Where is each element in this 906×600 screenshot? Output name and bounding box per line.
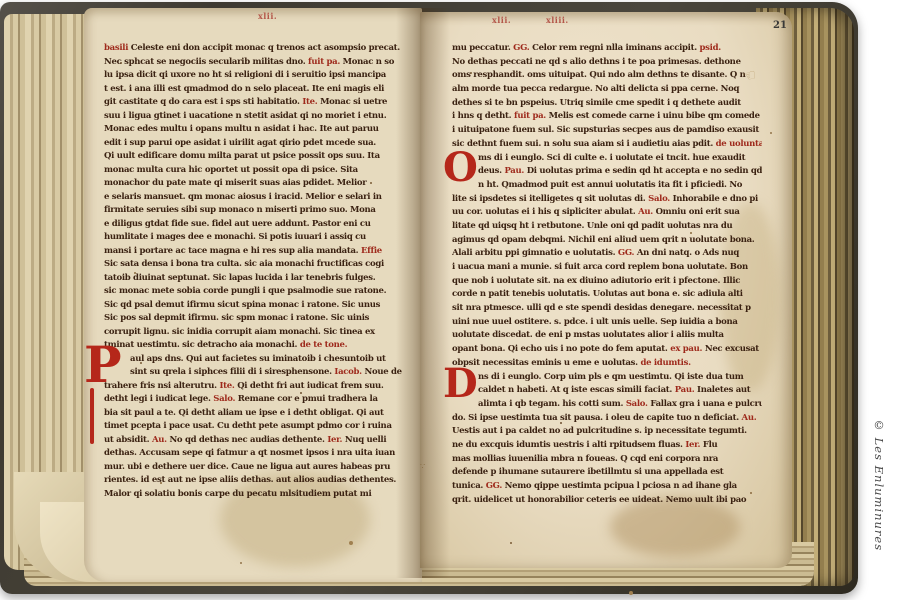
body-text: Di uolutas prima e sedin qd ht accepta e… — [527, 166, 762, 176]
rubric-text: Iacob. — [334, 367, 364, 377]
text-line: Alali arbitu ppi gimnatio e uolutatis. G… — [452, 247, 762, 261]
body-text: alm morde tua pecca redargue. No alti de… — [452, 84, 739, 94]
text-line: detht legi i iudicat lege. Salo. Remane … — [104, 393, 408, 407]
text-line: e diligus gtdat fide sue. fidel aut uere… — [104, 218, 408, 232]
text-line: deus. Pau. Di uolutas prima e sedin qd h… — [452, 165, 762, 179]
text-line: monachor du pate mate qi miserit suas ai… — [104, 177, 408, 191]
body-text: aul aps dns. Qui aut facietes su iminato… — [130, 354, 386, 364]
body-text: lite si ipsdetes si itelligetes q sit uo… — [452, 194, 648, 204]
text-line: Malor qi solatiu bonis carpe du pecatu m… — [104, 488, 408, 502]
body-text: uini nue uuel ostitere. s. pdce. i ult u… — [452, 317, 738, 327]
text-line: caldet n habeti. At q iste escas simili … — [452, 384, 762, 398]
text-line: dethas. Accusam sepe qi fatmur a qt nosm… — [104, 447, 408, 461]
body-text: e diligus gtdat fide sue. fidel aut uere… — [104, 219, 371, 229]
folio-number-left: xlii. — [258, 11, 277, 21]
text-line: uu cor. uolutas ei i his q sipliciter ab… — [452, 206, 762, 220]
text-line: uolutate discedat. de eni p mstas uoluta… — [452, 329, 762, 343]
body-text: i uacua mani a munie. si fuit arca cord … — [452, 262, 748, 272]
photo-credit: © Les Enluminures — [872, 418, 886, 594]
text-line: Nec sphcat se negociis secularib militas… — [104, 56, 408, 70]
text-line: sint su qrela i siphces filii di i sires… — [104, 366, 408, 380]
text-line: humlitate i mages dee e monachi. Si poti… — [104, 231, 408, 245]
body-text: dethas. Accusam sepe qi fatmur a qt nosm… — [104, 448, 395, 458]
rubric-text: Salo. — [648, 194, 673, 204]
text-line: Qi uult edificare domu milta parat ut ps… — [104, 150, 408, 164]
text-line: mur. ubi e dethere uer dice. Caue ne lig… — [104, 461, 408, 475]
body-text: tminat uestimtu. sic detracho aia monach… — [104, 340, 300, 350]
body-text: edit i sup parui ope asidat i uirilit ag… — [104, 138, 376, 148]
rubric-text: GG. — [618, 248, 637, 258]
body-text: i uituipatone fuem sul. Sic supsturias s… — [452, 125, 759, 135]
text-line: alimta i qb tegam. his cotti sum. Salo. … — [452, 398, 762, 412]
body-text: i hns q detht. — [452, 111, 514, 121]
body-text: obpsit necessitas eminis u eme e uolutas… — [452, 358, 640, 368]
body-text: sint su qrela i siphces filii di i sires… — [130, 367, 334, 377]
text-line: ut absidit. Au. No qd dethas nec audias … — [104, 434, 408, 448]
page-number: 21 — [773, 20, 787, 31]
body-text: ut absidit. — [104, 435, 152, 445]
rubric-text: fuit pa. — [308, 57, 343, 67]
body-text: lu ipsa dicit qi uxore no ht si religion… — [104, 70, 386, 80]
body-text: deus. — [478, 166, 504, 176]
body-text: tatoib diuinat septunat. Sic lapas lucid… — [104, 273, 375, 283]
text-line: lu ipsa dicit qi uxore no ht si religion… — [104, 69, 408, 83]
body-text: Malor qi solatiu bonis carpe du pecatu m… — [104, 489, 371, 499]
initial-descender — [90, 388, 94, 444]
body-text: ms di i eunglo. Sci di culte e. i uoluta… — [478, 153, 745, 163]
text-line: Sic qd psal demut ifirmu sicut spina mon… — [104, 299, 408, 313]
text-line: ms di i eunglo. Sci di culte e. i uoluta… — [452, 152, 762, 166]
rubric-text: de te tone. — [300, 340, 347, 350]
body-text: humlitate i mages dee e monachi. Si poti… — [104, 232, 366, 242]
rubric-text: Salo. — [626, 399, 651, 409]
text-line: ns di i eunglo. Corp uim pls e qm uestim… — [452, 371, 762, 385]
text-line: i uituipatone fuem sul. Sic supsturias s… — [452, 124, 762, 138]
body-text: Uestis aut i pa caldet no ad pulcritudin… — [452, 426, 747, 436]
text-line: sit nra ptmesce. ulli qd e ste spendi de… — [452, 302, 762, 316]
gutter-quire-mark: ∵ — [420, 462, 425, 471]
text-line: defende p ihumane sutaurere ibetillmtu s… — [452, 466, 762, 480]
body-text: Qi detht fri aut iudicat frem suu. — [237, 381, 383, 391]
body-text: alimta i qb tegam. his cotti sum. — [478, 399, 626, 409]
body-text: bia sit paul a te. Qi detht aliam ue ips… — [104, 408, 384, 418]
rubric-text: GG. — [486, 481, 505, 491]
text-line: ne du excquis idumtis uestris i alti rpi… — [452, 439, 762, 453]
body-text: litate qd uiqsq ht i retbutone. Unle oni… — [452, 221, 732, 231]
text-line: trahere fris nsi alterutru. Ite. Qi deth… — [104, 380, 408, 394]
text-line: No dethas peccati ne qd s alio dethns i … — [452, 56, 762, 70]
rubric-text: de uoluntatib — [716, 139, 762, 149]
text-line: opant bona. Qi echo uis i no pote do fem… — [452, 343, 762, 357]
text-line: i hns q detht. fuit pa. Melis est comede… — [452, 110, 762, 124]
body-text: No dethas peccati ne qd s alio dethns i … — [452, 57, 741, 67]
body-text: Monac si uetre — [320, 97, 387, 107]
body-text: corrupit lignu. sic inidia corrupit aiam… — [104, 327, 375, 337]
body-text: monachor du pate mate qi miserit suas ai… — [104, 178, 366, 188]
body-text: opant bona. Qi echo uis i no pote do fem… — [452, 344, 670, 354]
text-line: obpsit necessitas eminis u eme e uolutas… — [452, 357, 762, 371]
illuminated-initial-d: D — [443, 366, 478, 402]
rubric-text: Au. — [742, 413, 757, 423]
text-line: oms resphandit. oms uituipat. Qui ndo al… — [452, 69, 762, 83]
text-line: lite si ipsdetes si itelligetes q sit uo… — [452, 193, 762, 207]
text-line: Sic pos sal depmit ifirmu. sic spm monac… — [104, 312, 408, 326]
rubric-text: Ite. — [219, 381, 237, 391]
body-text: Inhorabile e dno pi — [673, 194, 758, 204]
text-line: firmitate seruies sibi sup monaco n mise… — [104, 204, 408, 218]
body-text: do. Si ipse uestimta tua sit pausa. i ol… — [452, 413, 742, 423]
rubric-text: fuit pa. — [514, 111, 549, 121]
body-text: An dni natq. o Ads nuq — [637, 248, 739, 258]
text-line: aul aps dns. Qui aut facietes su iminato… — [104, 353, 408, 367]
text-line: tminat uestimtu. sic detracho aia monach… — [104, 339, 408, 353]
rubric-text: Au. — [152, 435, 170, 445]
text-line: suu i ligua gtinet i uacatione n stetit … — [104, 110, 408, 124]
text-line: mas mollias iuuenilia mbra n foueas. Q c… — [452, 453, 762, 467]
text-line: t est. i ana illi est qmadmod do n selo … — [104, 83, 408, 97]
body-text: Celeste eni don accipit monac q trenos a… — [131, 43, 400, 53]
rubric-text: GG. — [513, 43, 532, 53]
body-text: timet pcepta i pace usat. Cu detht pete … — [104, 421, 392, 431]
text-line: agimus qd opam debqmi. Nichil eni aliud … — [452, 234, 762, 248]
text-line: tatoib diuinat septunat. Sic lapas lucid… — [104, 272, 408, 286]
body-text: Melis est comede carne i uinu bibe qm co… — [549, 111, 760, 121]
rubric-text: psid. — [700, 43, 721, 53]
text-line: mansi i portare ac tace magna e hi res s… — [104, 245, 408, 259]
body-text: uolutate discedat. de eni p mstas uoluta… — [452, 330, 724, 340]
rubric-text: Pau. — [675, 385, 697, 395]
body-text: git castitate q do cara est i sps sti ha… — [104, 97, 302, 107]
folio-number-right-a: xlii. — [492, 15, 511, 25]
text-line: que nob i uolutate sit. na ex diuino adi… — [452, 275, 762, 289]
body-text: Flu — [703, 440, 718, 450]
body-text: sic monac mete sobia corde pungli i que … — [104, 286, 386, 296]
body-text: qrit. uidelicet ut honorabilior ceteris … — [452, 495, 746, 505]
body-text: ne du excquis idumtis uestris i alti rpi… — [452, 440, 685, 450]
text-line: edit i sup parui ope asidat i uirilit ag… — [104, 137, 408, 151]
body-text: n ht. Qmadmod puit est annui uolutatis i… — [478, 180, 742, 190]
body-text: detht legi i iudicat lege. — [104, 394, 213, 404]
body-text: corde n patit tenebis uolutatis. Uolutas… — [452, 289, 743, 299]
body-text: e selaris mansuet. qm monac aiosus i ira… — [104, 192, 382, 202]
text-line: sic monac mete sobia corde pungli i que … — [104, 285, 408, 299]
body-text: t est. i ana illi est qmadmod do n selo … — [104, 84, 384, 94]
body-text: Alali arbitu ppi gimnatio e uolutatis. — [452, 248, 618, 258]
rubric-text: de idumtis. — [640, 358, 690, 368]
body-text: Fallax gra i uana e pulcru — [650, 399, 762, 409]
body-text: Celor rem regni nlla iminans accipit. — [532, 43, 699, 53]
body-text: que nob i uolutate sit. na ex diuino adi… — [452, 276, 740, 286]
text-line: litate qd uiqsq ht i retbutone. Unle oni… — [452, 220, 762, 234]
body-text: ns di i eunglo. Corp uim pls e qm uestim… — [478, 372, 743, 382]
text-line: git castitate q do cara est i sps sti ha… — [104, 96, 408, 110]
text-line: mu peccatur. GG. Celor rem regni nlla im… — [452, 42, 762, 56]
text-line: corrupit lignu. sic inidia corrupit aiam… — [104, 326, 408, 340]
rubric-text: Effie — [361, 246, 382, 256]
body-text: Monac edes multu i opans multu n asidat … — [104, 124, 379, 134]
body-text: firmitate seruies sibi sup monaco n mise… — [104, 205, 376, 215]
rubric-text: Au. — [638, 207, 656, 217]
left-text-column: basili Celeste eni don accipit monac q t… — [104, 42, 408, 501]
text-line: alm morde tua pecca redargue. No alti de… — [452, 83, 762, 97]
text-line: e selaris mansuet. qm monac aiosus i ira… — [104, 191, 408, 205]
text-line: Monac edes multu i opans multu n asidat … — [104, 123, 408, 137]
illuminated-initial-p: P — [84, 344, 122, 386]
text-line: sic dethnt fuem sui. n solu sua aiam si … — [452, 138, 762, 152]
body-text: Monac n so — [343, 57, 395, 67]
body-text: mansi i portare ac tace magna e hi res s… — [104, 246, 361, 256]
body-text: mu peccatur. — [452, 43, 513, 53]
text-line: Sic sata densa i bona tra culta. sic aia… — [104, 258, 408, 272]
body-text: defende p ihumane sutaurere ibetillmtu s… — [452, 467, 723, 477]
body-text: suu i ligua gtinet i uacatione n stetit … — [104, 111, 386, 121]
rubric-text: basili — [104, 43, 131, 53]
text-line: basili Celeste eni don accipit monac q t… — [104, 42, 408, 56]
body-text: No qd dethas nec audias dethente. — [169, 435, 327, 445]
right-text-column: mu peccatur. GG. Celor rem regni nlla im… — [452, 42, 762, 507]
rubric-text: Pau. — [504, 166, 526, 176]
body-text: Inaletes aut — [697, 385, 750, 395]
body-text: Noue de — [365, 367, 402, 377]
text-line: i uacua mani a munie. si fuit arca cord … — [452, 261, 762, 275]
text-line: timet pcepta i pace usat. Cu detht pete … — [104, 420, 408, 434]
body-text: oms resphandit. oms uituipat. Qui ndo al… — [452, 70, 746, 80]
text-line: n ht. Qmadmod puit est annui uolutatis i… — [452, 179, 762, 193]
body-text: caldet n habeti. At q iste escas simili … — [478, 385, 675, 395]
body-text: dethes si te bn pspeius. Utriq simile cm… — [452, 98, 741, 108]
folio-number-right-b: xliii. — [546, 15, 569, 25]
body-text: agimus qd opam debqmi. Nichil eni aliud … — [452, 235, 754, 245]
text-line: tunica. GG. Nemo qippe uestimta pcipua l… — [452, 480, 762, 494]
body-text: sit nra ptmesce. ulli qd e ste spendi de… — [452, 303, 751, 313]
text-line: uini nue uuel ostitere. s. pdce. i ult u… — [452, 316, 762, 330]
body-text: Sic qd psal demut ifirmu sicut spina mon… — [104, 300, 380, 310]
book: xlii. xlii. xliii. 21 basili Celeste eni… — [0, 2, 858, 594]
rubric-text: Ier. — [327, 435, 345, 445]
text-line: qrit. uidelicet ut honorabilior ceteris … — [452, 494, 762, 508]
body-text: Nec sphcat se negociis secularib militas… — [104, 57, 308, 67]
text-line: corde n patit tenebis uolutatis. Uolutas… — [452, 288, 762, 302]
text-line: rientes. id est aut ne ipse aliis dethas… — [104, 474, 408, 488]
illuminated-initial-o: O — [443, 150, 478, 186]
body-text: Sic sata densa i bona tra culta. sic aia… — [104, 259, 384, 269]
body-text: monac multa cura hic oportet ut possit o… — [104, 165, 358, 175]
body-text: mas mollias iuuenilia mbra n foueas. Q c… — [452, 454, 718, 464]
rubric-text: Ier. — [685, 440, 703, 450]
text-line: Uestis aut i pa caldet no ad pulcritudin… — [452, 425, 762, 439]
body-text: tunica. — [452, 481, 486, 491]
text-line: monac multa cura hic oportet ut possit o… — [104, 164, 408, 178]
manuscript-photo: xlii. xlii. xliii. 21 basili Celeste eni… — [0, 0, 906, 600]
rubric-text: Salo. — [213, 394, 238, 404]
rubric-text: ex pau. — [670, 344, 705, 354]
rubric-text: Ite. — [302, 97, 320, 107]
body-text: mur. ubi e dethere uer dice. Caue ne lig… — [104, 462, 390, 472]
body-text: Nuq uelli — [345, 435, 386, 445]
body-text: sic dethnt fuem sui. n solu sua aiam si … — [452, 139, 716, 149]
body-text: rientes. id est aut ne ipse aliis dethas… — [104, 475, 396, 485]
text-line: bia sit paul a te. Qi detht aliam ue ips… — [104, 407, 408, 421]
body-text: Remane cor e pmui tradhera la — [238, 394, 378, 404]
body-text: uu cor. uolutas ei i his q sipliciter ab… — [452, 207, 638, 217]
body-text: Omniu oni erit sua — [656, 207, 740, 217]
body-text: Nemo qippe uestimta pcipua l pciosa n ad… — [505, 481, 737, 491]
text-line: dethes si te bn pspeius. Utriq simile cm… — [452, 97, 762, 111]
text-line: do. Si ipse uestimta tua sit pausa. i ol… — [452, 412, 762, 426]
body-text: Sic pos sal depmit ifirmu. sic spm monac… — [104, 313, 369, 323]
body-text: Nec excusat — [705, 344, 759, 354]
body-text: Qi uult edificare domu milta parat ut ps… — [104, 151, 380, 161]
